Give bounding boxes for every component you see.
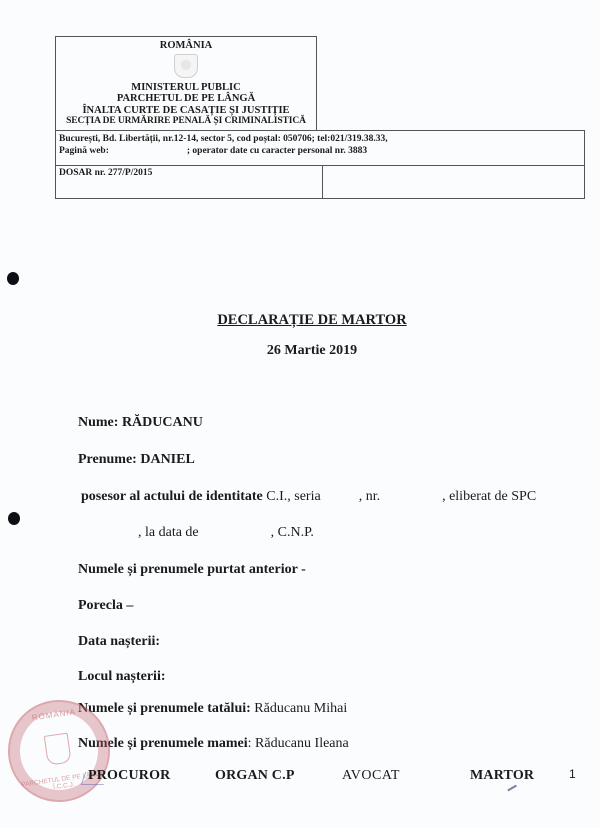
header-address-row: București, Bd. Libertății, nr.12-14, sec… [55, 130, 585, 166]
stamp-crest-icon [44, 733, 72, 766]
signature-martor: MARTOR [470, 768, 534, 784]
institution-line: SECȚIA DE URMĂRIRE PENALĂ ȘI CRIMINALIST… [56, 116, 316, 128]
empty-cell [323, 165, 584, 198]
nume-value: RĂDUCANU [122, 415, 203, 430]
field-nume: Nume: RĂDUCANU [78, 415, 203, 431]
page-number: 1 [569, 767, 576, 781]
field-locul-nasterii: Locul nașterii: [78, 669, 166, 685]
document-date: 26 Martie 2019 [0, 343, 600, 359]
institution-line: ÎNALTA CURTE DE CASAȚIE ȘI JUSTIȚIE [56, 105, 316, 117]
field-nume-anterior: Numele și prenumele purtat anterior - [78, 562, 306, 578]
address-line: București, Bd. Libertății, nr.12-14, sec… [59, 133, 584, 145]
header-institution-box: ROMÂNIA MINISTERUL PUBLIC PARCHETUL DE P… [55, 36, 317, 131]
field-tata: Numele și prenumele tatălui: Răducanu Mi… [78, 701, 347, 717]
operator-text: ; operator date cu caracter personal nr.… [187, 146, 367, 156]
web-label: Pagină web: [59, 146, 109, 156]
field-identity: posesor al actului de identitate C.I., s… [81, 489, 536, 505]
document-title: DECLARAȚIE DE MARTOR [0, 312, 600, 329]
coat-of-arms-icon [174, 54, 198, 78]
institution-line: PARCHETUL DE PE LÂNGĂ [56, 93, 316, 105]
punch-hole [8, 512, 20, 525]
institution-line: MINISTERUL PUBLIC [56, 82, 316, 94]
prenume-value: DANIEL [140, 452, 194, 467]
field-identity-cont: , la data de, C.N.P. [78, 525, 314, 541]
pen-mark [507, 785, 516, 791]
tata-value: Răducanu Mihai [254, 701, 347, 716]
field-data-nasterii: Data nașterii: [78, 634, 160, 650]
official-stamp: ROMANIA PARCHETUL DE PE LÂNGĂ Î.C.C.J. [1, 693, 116, 808]
header-dosar-row: DOSAR nr. 277/P/2015 [55, 165, 585, 199]
signature-avocat: AVOCAT [342, 768, 400, 784]
punch-hole [7, 272, 19, 285]
country-name: ROMÂNIA [56, 40, 316, 52]
pen-signature-mark [81, 772, 109, 785]
signature-organ-cp: ORGAN C.P [215, 768, 295, 784]
dosar-number: DOSAR nr. 277/P/2015 [56, 165, 323, 198]
mama-value: : Răducanu Ileana [248, 736, 349, 751]
field-porecla: Porecla – [78, 598, 133, 614]
field-prenume: Prenume: DANIEL [78, 452, 195, 468]
field-mama: Numele și prenumele mamei: Răducanu Ilea… [78, 736, 349, 752]
